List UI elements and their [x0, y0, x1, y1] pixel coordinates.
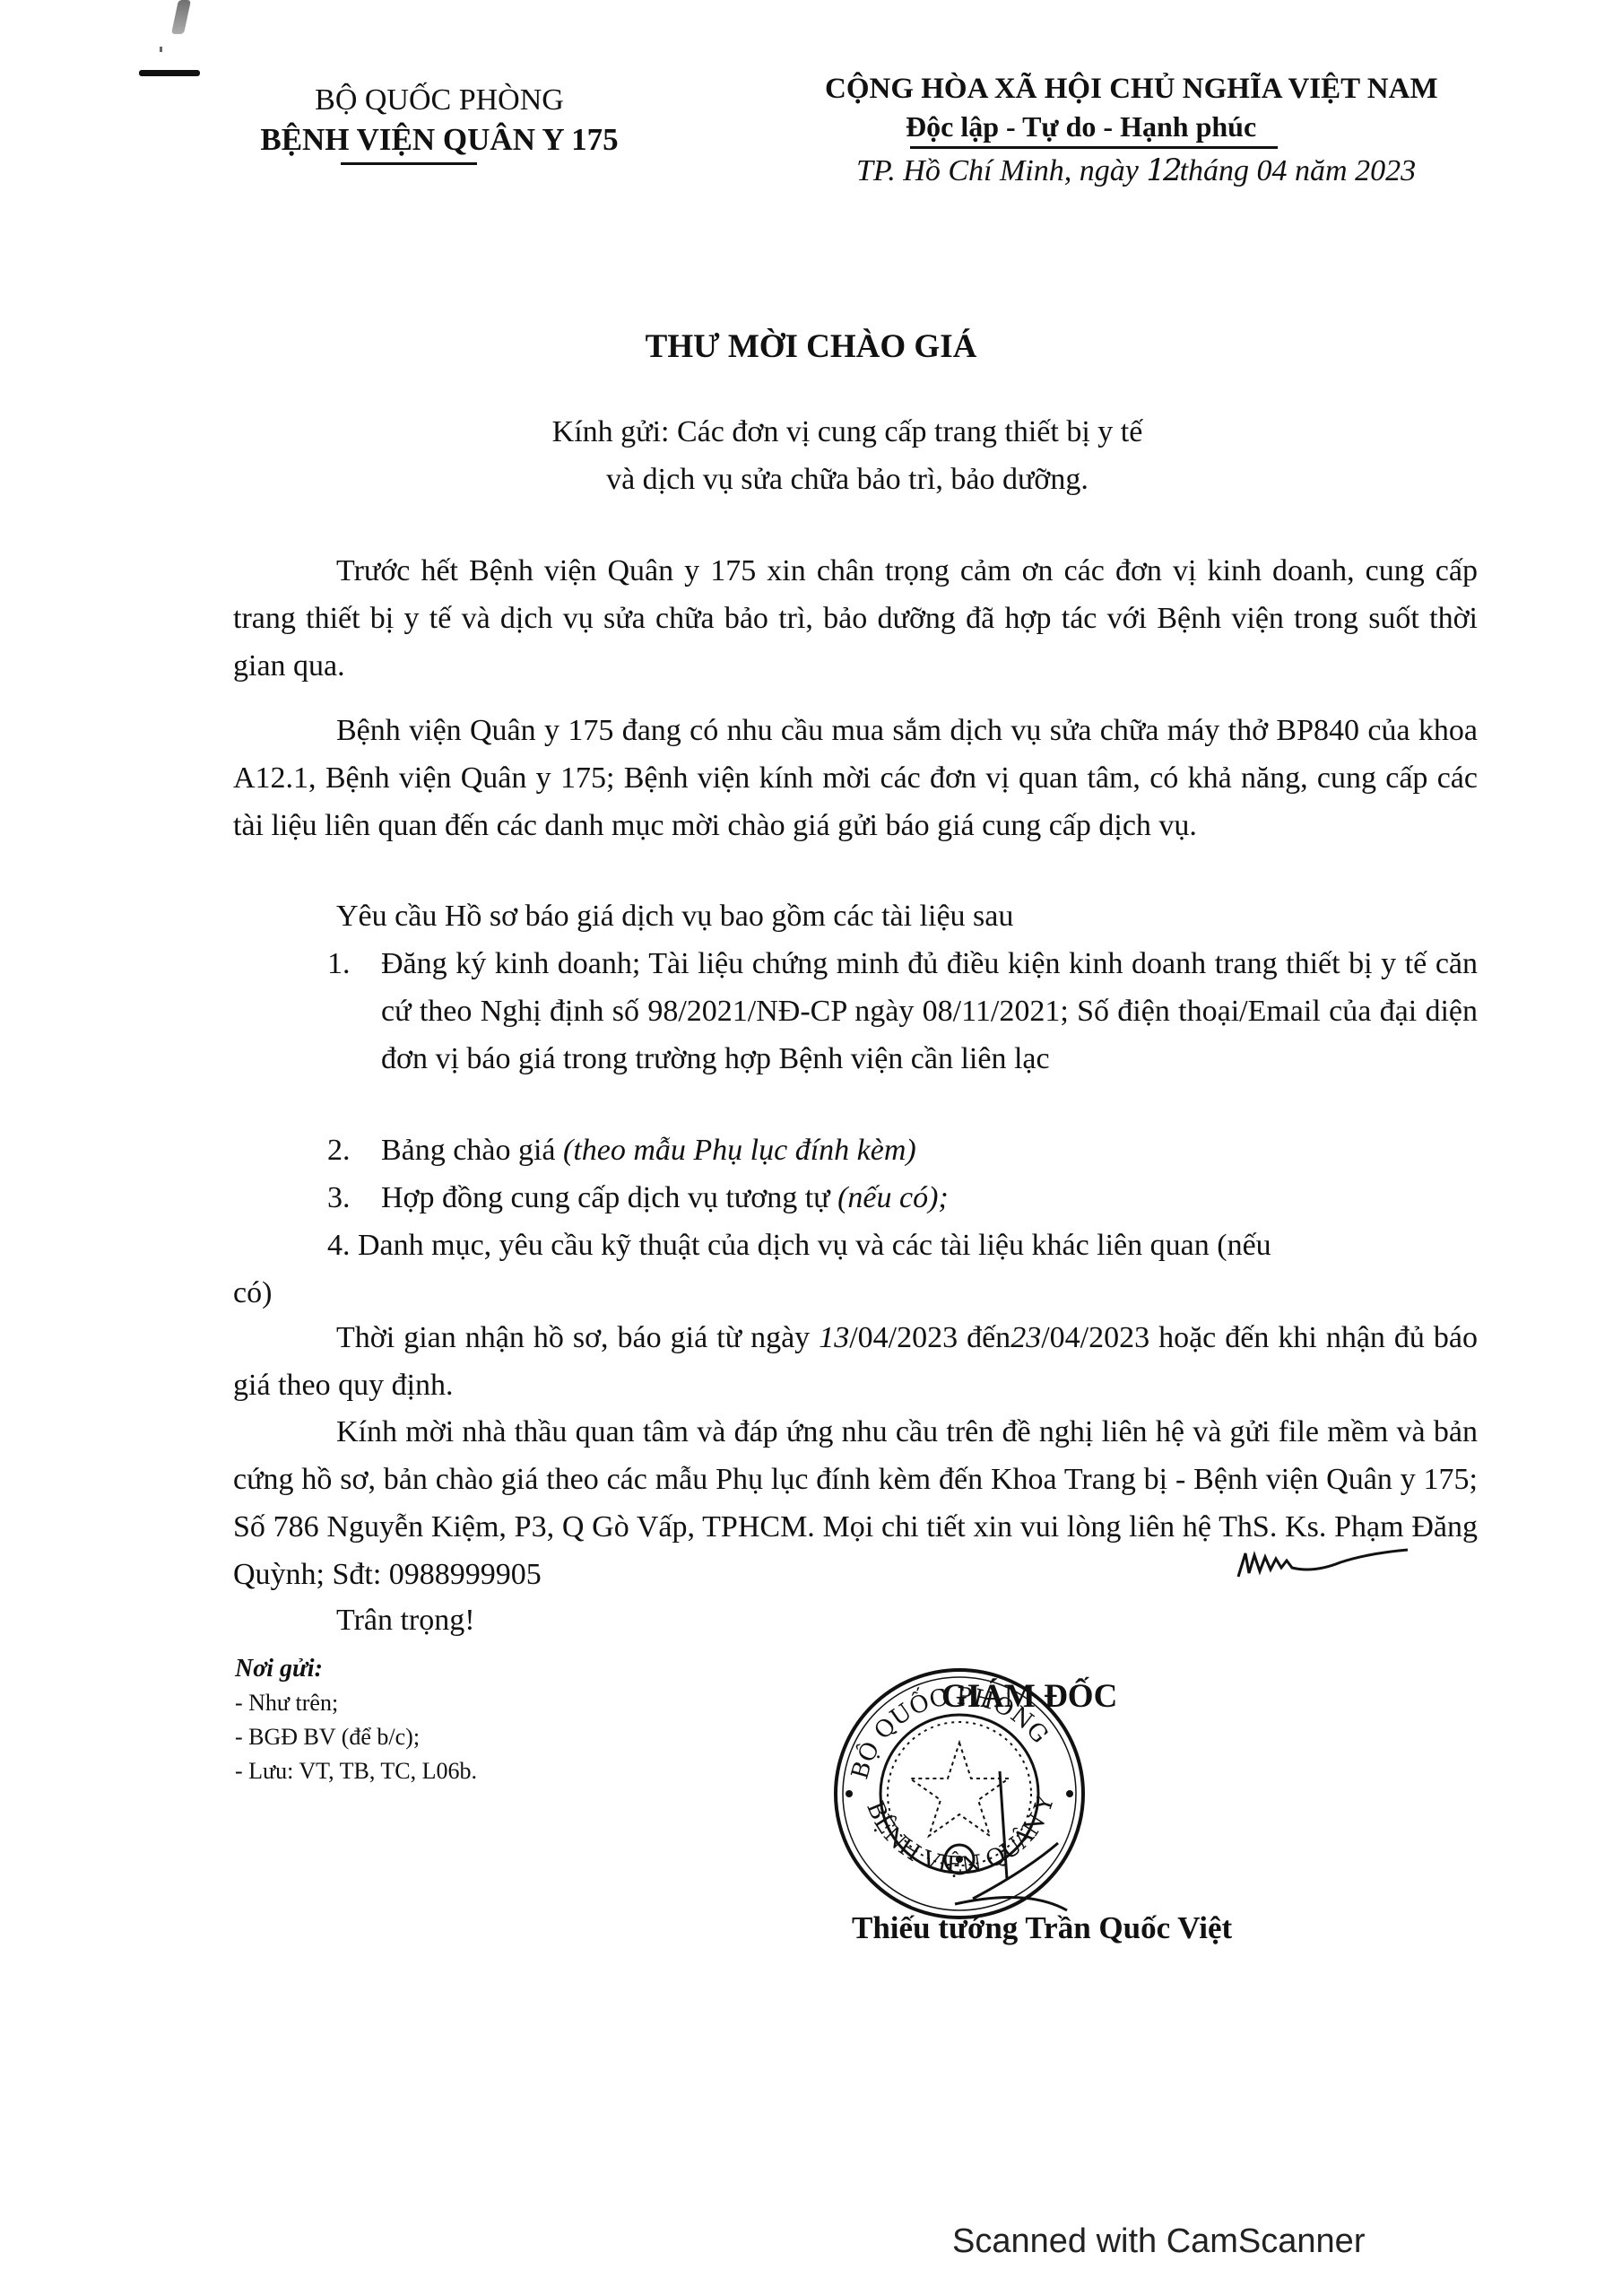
issuer-header: BỘ QUỐC PHÒNG BỆNH VIỆN QUÂN Y 175	[233, 81, 646, 160]
recipient-item: - Như trên;	[235, 1686, 477, 1720]
recipient-item: - Lưu: VT, TB, TC, L06b.	[235, 1754, 477, 1788]
hospital-name: BỆNH VIỆN QUÂN Y 175	[260, 120, 618, 160]
signer-name: Thiếu tướng Trần Quốc Việt	[852, 1910, 1232, 1946]
nation-name: CỘNG HÒA XÃ HỘI CHỦ NGHĨA VIỆT NAM	[825, 70, 1524, 108]
requirement-item: 1. Đăng ký kinh doanh; Tài liệu chứng mi…	[327, 940, 1478, 1083]
motto-underline	[910, 146, 1278, 149]
document-date: TP. Hồ Chí Minh, ngày 12tháng 04 năm 202…	[856, 151, 1416, 191]
national-motto: Độc lập - Tự do - Hạnh phúc	[906, 108, 1256, 145]
paragraph-request: Bệnh viện Quân y 175 đang có nhu cầu mua…	[233, 707, 1478, 849]
handwritten-day: 12	[1146, 152, 1179, 188]
scan-artifact	[171, 0, 191, 34]
recipients-block: Nơi gửi: - Như trên; - BGĐ BV (để b/c); …	[235, 1652, 477, 1788]
ministry-name: BỘ QUỐC PHÒNG	[233, 81, 646, 120]
requirement-item: 3.Hợp đồng cung cấp dịch vụ tương tự (nế…	[327, 1174, 949, 1222]
signer-position: GIÁM ĐỐC	[941, 1677, 1117, 1716]
greeting: Kính gửi: Các đơn vị cung cấp trang thiế…	[480, 408, 1215, 503]
paragraph-thanks: Trước hết Bệnh viện Quân y 175 xin chân …	[233, 547, 1478, 690]
scan-artifact	[160, 47, 162, 52]
paragraph-requirements-intro: Yêu cầu Hồ sơ báo giá dịch vụ bao gồm cá…	[233, 892, 1478, 940]
paragraph-timeline: Thời gian nhận hồ sơ, báo giá từ ngày 13…	[233, 1314, 1478, 1409]
header-underline	[341, 162, 477, 165]
national-header: CỘNG HÒA XÃ HỘI CHỦ NGHĨA VIỆT NAM Độc l…	[789, 70, 1524, 145]
requirement-item: 2.Bảng chào giá (theo mẫu Phụ lục đính k…	[327, 1126, 916, 1174]
scanner-watermark: Scanned with CamScanner	[952, 2222, 1365, 2261]
requirement-item: 4. Danh mục, yêu cầu kỹ thuật của dịch v…	[327, 1222, 1478, 1317]
scan-artifact	[139, 70, 200, 76]
initials-signature	[1233, 1541, 1412, 1586]
recipients-heading: Nơi gửi:	[235, 1652, 477, 1686]
closing-salutation: Trân trọng!	[336, 1596, 475, 1644]
recipient-item: - BGĐ BV (để b/c);	[235, 1720, 477, 1754]
handwritten-end-day: 23	[1010, 1321, 1041, 1354]
document-title: THƯ MỜI CHÀO GIÁ	[0, 327, 1622, 366]
handwritten-start-day: 13	[819, 1321, 849, 1354]
